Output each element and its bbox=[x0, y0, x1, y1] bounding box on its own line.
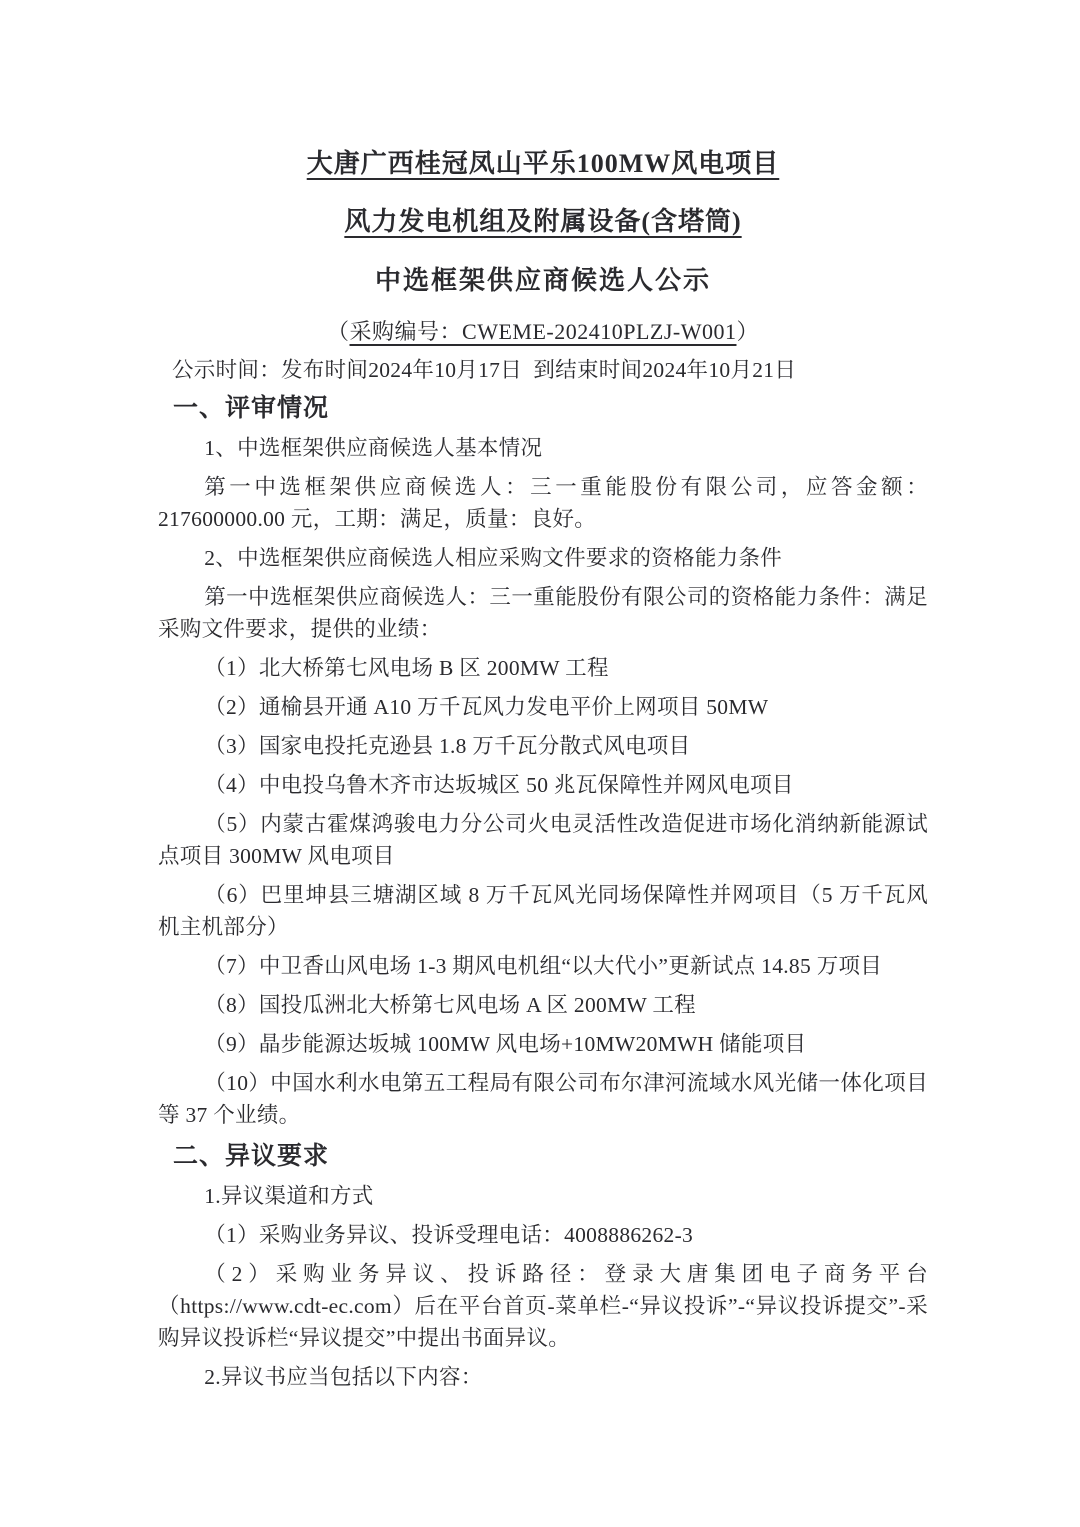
doc-title-line-2-text: 风力发电机组及附属设备(含塔筒) bbox=[344, 207, 741, 236]
achievement-item-1: （1）北大桥第七风电场 B 区 200MW 工程 bbox=[158, 652, 928, 684]
procurement-number-line: （采购编号：CWEME-202410PLZJ-W001） bbox=[158, 316, 928, 348]
section-1-para-3: 2、中选框架供应商候选人相应采购文件要求的资格能力条件 bbox=[158, 542, 928, 574]
achievement-item-9: （9）晶步能源达坂城 100MW 风电场+10MW20MWH 储能项目 bbox=[158, 1028, 928, 1060]
section-1-heading: 一、评审情况 bbox=[158, 390, 928, 426]
procurement-close-paren: ） bbox=[736, 319, 759, 344]
publicity-time: 公示时间：发布时间2024年10月17日 到结束时间2024年10月21日 bbox=[158, 354, 928, 386]
section-2-para-2: （1）采购业务异议、投诉受理电话：4008886262-3 bbox=[158, 1219, 928, 1251]
achievement-item-6: （6）巴里坤县三塘湖区域 8 万千瓦风光同场保障性并网项目（5 万千瓦风机主机部… bbox=[158, 879, 928, 943]
achievement-item-7: （7）中卫香山风电场 1-3 期风电机组“以大代小”更新试点 14.85 万项目 bbox=[158, 950, 928, 982]
section-2-para-1: 1.异议渠道和方式 bbox=[158, 1180, 928, 1212]
announcement-document: 大唐广西桂冠凤山平乐100MW风电项目 风力发电机组及附属设备(含塔筒) 中选框… bbox=[0, 0, 1080, 1527]
doc-title-line-1: 大唐广西桂冠凤山平乐100MW风电项目 bbox=[158, 146, 928, 182]
doc-title-line-1-text: 大唐广西桂冠凤山平乐100MW风电项目 bbox=[307, 149, 780, 178]
section-1-para-4: 第一中选框架供应商候选人：三一重能股份有限公司的资格能力条件：满足采购文件要求，… bbox=[158, 581, 928, 645]
doc-title-line-3: 中选框架供应商候选人公示 bbox=[158, 262, 928, 298]
section-2-para-3: （2）采购业务异议、投诉路径：登录大唐集团电子商务平台（https://www.… bbox=[158, 1258, 928, 1354]
section-1-para-2: 第一中选框架供应商候选人：三一重能股份有限公司，应答金额：217600000.0… bbox=[158, 471, 928, 535]
achievement-item-3: （3）国家电投托克逊县 1.8 万千瓦分散式风电项目 bbox=[158, 730, 928, 762]
section-2-para-4: 2.异议书应当包括以下内容： bbox=[158, 1361, 928, 1393]
achievement-item-10: （10）中国水利水电第五工程局有限公司布尔津河流域水风光储一体化项目等 37 个… bbox=[158, 1067, 928, 1131]
achievement-item-5: （5）内蒙古霍煤鸿骏电力分公司火电灵活性改造促进市场化消纳新能源试点项目 300… bbox=[158, 808, 928, 872]
achievement-item-2: （2）通榆县开通 A10 万千瓦风力发电平价上网项目 50MW bbox=[158, 691, 928, 723]
procurement-number: 采购编号：CWEME-202410PLZJ-W001 bbox=[350, 319, 737, 344]
section-1-para-1: 1、中选框架供应商候选人基本情况 bbox=[158, 432, 928, 464]
section-2-heading: 二、异议要求 bbox=[158, 1138, 928, 1174]
achievement-item-8: （8）国投瓜洲北大桥第七风电场 A 区 200MW 工程 bbox=[158, 989, 928, 1021]
achievement-item-4: （4）中电投乌鲁木齐市达坂城区 50 兆瓦保障性并网风电项目 bbox=[158, 769, 928, 801]
procurement-open-paren: （ bbox=[327, 319, 350, 344]
doc-title-line-2: 风力发电机组及附属设备(含塔筒) bbox=[158, 204, 928, 240]
